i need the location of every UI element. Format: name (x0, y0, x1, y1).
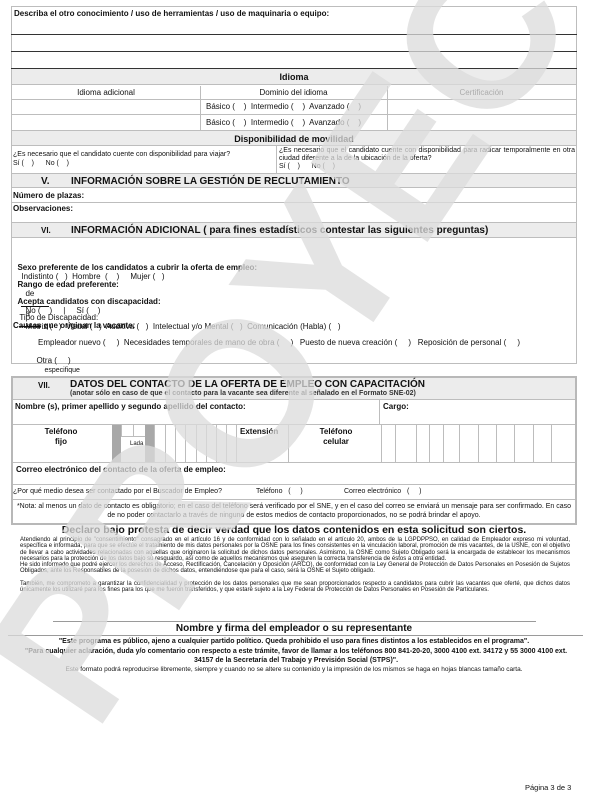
movilidad-q2-options[interactable]: Sí ( ) No ( ) (279, 163, 575, 171)
movilidad-q1-options[interactable]: Sí ( ) No ( ) (13, 159, 275, 168)
celular-digit-7[interactable] (478, 425, 496, 462)
telefono-celular-label: Teléfono celular (310, 427, 362, 447)
telefono-fijo-digit-8[interactable] (226, 425, 237, 462)
section-v-number: V. (41, 174, 50, 189)
section-vii-header: VII. DATOS DEL CONTACTO DE LA OFERTA DE … (13, 378, 575, 400)
celular-digit-11[interactable] (551, 425, 575, 462)
movilidad-q1: ¿Es necesario que el candidato cuente co… (13, 150, 275, 168)
lada-separator-right (145, 425, 154, 462)
otros-line-1[interactable] (11, 34, 577, 35)
section-v-title: INFORMACIÓN SOBRE LA GESTIÓN DE RECLUTAM… (71, 174, 350, 189)
causas-label: Causas que originan la vacante: (13, 321, 135, 330)
telefono-fijo-digit-6[interactable] (206, 425, 216, 462)
idioma-col-header: Idioma adicional (12, 86, 200, 99)
telefono-fijo-digit-7[interactable] (216, 425, 226, 462)
declaracion-p3: También, me comprometo a garantizar la c… (20, 581, 570, 594)
medio-telefono-option[interactable]: Teléfono ( ) (256, 488, 303, 495)
especifique-label: especifique (44, 367, 79, 374)
celular-digit-3[interactable] (416, 425, 429, 462)
footer-line-1: "Este programa es público, ajeno a cualq… (11, 638, 577, 645)
firma-line[interactable] (53, 621, 536, 622)
movilidad-q1-text: ¿Es necesario que el candidato cuente co… (13, 150, 275, 159)
nota-contacto: *Nota: al menos un dato de contacto es o… (13, 502, 575, 520)
movilidad-title: Disponibilidad de movilidad (234, 134, 354, 144)
section-v-header: V. INFORMACIÓN SOBRE LA GESTIÓN DE RECLU… (12, 173, 576, 188)
footer-line-2: "Para cualquier aclaración, duda y/o com… (20, 647, 572, 665)
declaracion-p1: Atendiendo al principio de "consentimien… (20, 537, 570, 562)
footer-line-3: Este formato podrá reproducirse libremen… (11, 666, 577, 673)
telefono-fijo-digit-3[interactable] (175, 425, 185, 462)
observaciones-label: Observaciones: (13, 204, 73, 213)
celular-digit-4[interactable] (429, 425, 443, 462)
medio-contacto-label: ¿Por qué medio desea ser contactado por … (13, 488, 222, 495)
celular-digit-9[interactable] (514, 425, 533, 462)
idioma-header: Idioma (12, 69, 576, 85)
celular-digit-2[interactable] (395, 425, 416, 462)
section-vii-number: VII. (38, 381, 50, 390)
correo-contacto-input[interactable] (13, 463, 575, 484)
otros-line-2[interactable] (11, 51, 577, 52)
section-vi-number: VI. (41, 223, 51, 239)
idioma-row-1-dominio[interactable]: Básico ( ) Intermedio ( ) Avanzado ( ) (206, 100, 386, 114)
telefono-fijo-digit-4[interactable] (185, 425, 196, 462)
lada-digit-2[interactable] (133, 425, 145, 437)
idioma-row-1-input[interactable] (12, 100, 200, 114)
telefono-fijo-digit-2[interactable] (165, 425, 175, 462)
extension-input[interactable] (238, 425, 288, 462)
otros-label: Describa el otro conocimiento / uso de h… (14, 9, 329, 18)
idioma-title: Idioma (279, 72, 308, 82)
movilidad-header: Disponibilidad de movilidad (12, 130, 576, 146)
celular-digit-10[interactable] (533, 425, 551, 462)
certificacion-col-header: Certificación (387, 86, 576, 99)
movilidad-q2: ¿Es necesario que el candidato cuente co… (279, 147, 575, 171)
section-vi-title: INFORMACIÓN ADICIONAL ( para fines estad… (71, 223, 488, 239)
section-vii-title: DATOS DEL CONTACTO DE LA OFERTA DE EMPLE… (70, 379, 425, 390)
causas-options[interactable]: Empleador nuevo ( ) Necesidades temporal… (38, 338, 520, 347)
firma-label: Nombre y firma del empleador o su repres… (11, 623, 577, 634)
lada-separator-left (112, 425, 121, 462)
otra-option[interactable]: Otra ( ) (36, 356, 70, 365)
telefono-fijo-label: Teléfono fijo (40, 427, 82, 447)
firma-divider (8, 635, 583, 636)
page-number: Página 3 de 3 (525, 783, 571, 792)
telefono-fijo-digit-5[interactable] (196, 425, 206, 462)
nombre-contacto-input[interactable] (13, 400, 379, 424)
celular-digit-5[interactable] (443, 425, 459, 462)
telefono-fijo-digit-1[interactable] (154, 425, 165, 462)
celular-digit-8[interactable] (496, 425, 514, 462)
idioma-row-2-dominio[interactable]: Básico ( ) Intermedio ( ) Avanzado ( ) (206, 115, 386, 130)
movilidad-q2-text: ¿Es necesario que el candidato cuente co… (279, 147, 575, 163)
declaracion-title: Declaro bajo protesta de decir verdad qu… (11, 524, 577, 536)
declaracion-body: Atendiendo al principio de "consentimien… (20, 537, 570, 593)
celular-digit-6[interactable] (459, 425, 478, 462)
medio-correo-option[interactable]: Correo electrónico ( ) (344, 488, 421, 495)
cargo-input[interactable] (380, 400, 575, 424)
section-vi-header: VI. INFORMACIÓN ADICIONAL ( para fines e… (12, 222, 576, 238)
idioma-row-1-certificacion[interactable] (387, 100, 576, 114)
dominio-col-header: Dominio del idioma (200, 86, 387, 99)
section-vii-subtitle: (anotar sólo en caso de que el contacto … (70, 390, 416, 397)
declaracion-p2: He sido informado que podré ejercer los … (20, 562, 570, 575)
idioma-row-2-certificacion[interactable] (387, 115, 576, 130)
celular-digit-1[interactable] (381, 425, 395, 462)
idioma-row-2-input[interactable] (12, 115, 200, 130)
lada-digit-1[interactable] (121, 425, 133, 437)
plazas-label: Número de plazas: (13, 191, 84, 200)
lada-label: Lada (130, 441, 143, 447)
